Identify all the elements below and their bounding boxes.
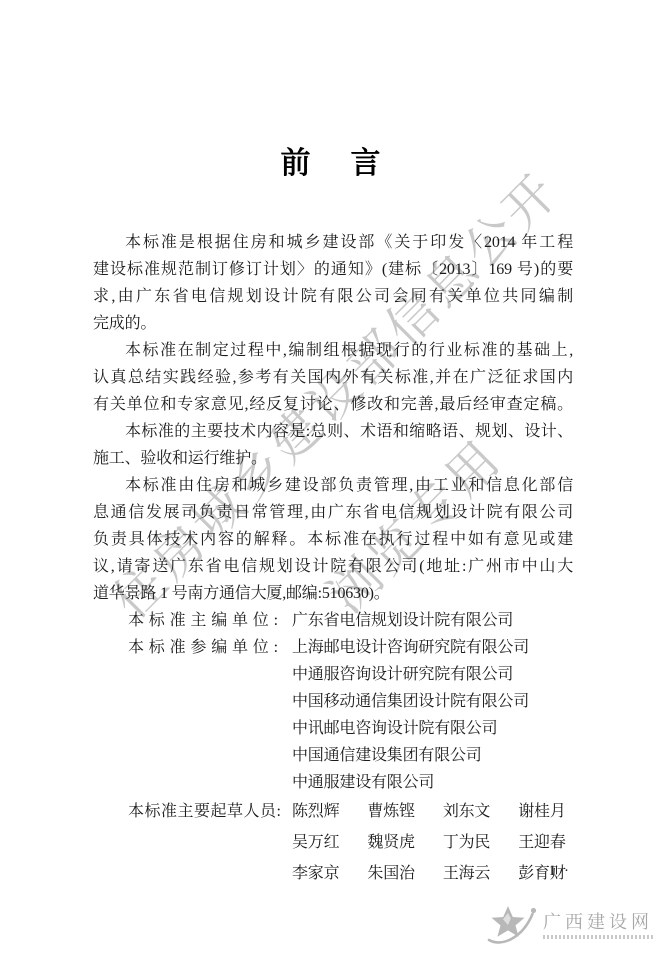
- text-line: 本标准的主要技术内容是:总则、术语和缩略语、规划、设计、: [93, 418, 573, 445]
- drafter-name: 谢桂月: [518, 796, 565, 827]
- drafter-name: 魏贤虎: [367, 827, 414, 858]
- text-line: 议,请寄送广东省电信规划设计院有限公司(地址:广州市中山大: [93, 553, 573, 580]
- text-line: 建设标准规范制订修订计划〉的通知》(建标〔2013〕169 号)的要: [93, 256, 573, 283]
- text-line: 息通信发展司负责日常管理,由广东省电信规划设计院有限公司: [93, 499, 573, 526]
- participant-unit: 中讯邮电咨询设计院有限公司: [292, 715, 497, 742]
- participant-unit: 中国移动通信集团设计院有限公司: [292, 688, 529, 715]
- participant-row: 中通服咨询设计研究院有限公司: [93, 661, 573, 688]
- drafters-row: 吴万红 魏贤虎 丁为民 王迎春: [93, 827, 573, 858]
- text-line: 认真总结实践经验,参考有关国内外有关标准,并在广泛征求国内: [93, 364, 573, 391]
- drafter-name: 吴万红: [292, 827, 339, 858]
- text-line: 本标准由住房和城乡建设部负责管理,由工业和信息化部信: [93, 472, 573, 499]
- text-line: 施工、验收和运行维护。: [93, 445, 573, 472]
- text-line: 求,由广东省电信规划设计院有限公司会同有关单位共同编制: [93, 283, 573, 310]
- drafters-label: 本标准主要起草人员:: [93, 796, 292, 827]
- paragraph-1: 本标准是根据住房和城乡建设部《关于印发〈2014 年工程 建设标准规范制订修订计…: [93, 229, 573, 337]
- preface-body: 本标准是根据住房和城乡建设部《关于印发〈2014 年工程 建设标准规范制订修订计…: [93, 229, 573, 889]
- site-logo: 广西建设网: [486, 901, 655, 949]
- title-char-1: 前: [281, 147, 311, 180]
- chief-editor-row: 本标准主编单位: 广东省电信规划设计院有限公司: [93, 607, 573, 634]
- chief-editor-label: 本标准主编单位:: [93, 607, 292, 634]
- text-line: 负责具体技术内容的解释。本标准在执行过程中如有意见或建: [93, 526, 573, 553]
- text-line: 完成的。: [93, 310, 573, 337]
- shooting-star-icon: [486, 901, 538, 949]
- text-line: 本标准在制定过程中,编制组根据现行的行业标准的基础上,: [93, 337, 573, 364]
- participant-unit: 中通服建设有限公司: [292, 769, 434, 796]
- participants-label: 本标准参编单位:: [93, 634, 292, 661]
- logo-name: 广西建设网: [543, 912, 655, 932]
- logo-tagline: [543, 935, 655, 939]
- participant-row: 中国通信建设集团有限公司: [93, 742, 573, 769]
- text-line: 有关单位和专家意见,经反复讨论、修改和完善,最后经审查定稿。: [93, 391, 573, 418]
- drafter-name: 王迎春: [518, 827, 565, 858]
- participant-unit: 上海邮电设计咨询研究院有限公司: [292, 634, 529, 661]
- page-title: 前言: [0, 147, 661, 181]
- participant-unit: 中国通信建设集团有限公司: [292, 742, 482, 769]
- title-char-2: 言: [351, 147, 381, 180]
- paragraph-2: 本标准在制定过程中,编制组根据现行的行业标准的基础上, 认真总结实践经验,参考有…: [93, 337, 573, 418]
- drafter-name: 刘东文: [443, 796, 490, 827]
- participant-row: 本标准参编单位: 上海邮电设计咨询研究院有限公司: [93, 634, 573, 661]
- drafters-row: 本标准主要起草人员: 陈烈辉 曹炼铿 刘东文 谢桂月: [93, 796, 573, 827]
- participant-row: 中讯邮电咨询设计院有限公司: [93, 715, 573, 742]
- participant-row: 中通服建设有限公司: [93, 769, 573, 796]
- chief-editor-value: 广东省电信规划设计院有限公司: [292, 607, 513, 634]
- text-line: 道华景路 1 号南方通信大厦,邮编:510630)。: [93, 580, 573, 607]
- document-page: 住房城乡建设部信息公开 浏览专用 前言 本标准是根据住房和城乡建设部《关于印发〈…: [0, 0, 661, 958]
- paragraph-4: 本标准由住房和城乡建设部负责管理,由工业和信息化部信 息通信发展司负责日常管理,…: [93, 472, 573, 607]
- drafter-name: 陈烈辉: [292, 796, 339, 827]
- drafter-name: 曹炼铿: [367, 796, 414, 827]
- participant-unit: 中通服咨询设计研究院有限公司: [292, 661, 513, 688]
- page-number: · 1 ·: [93, 863, 571, 880]
- drafter-name: 丁为民: [443, 827, 490, 858]
- text-line: 本标准是根据住房和城乡建设部《关于印发〈2014 年工程: [93, 229, 573, 256]
- participant-row: 中国移动通信集团设计院有限公司: [93, 688, 573, 715]
- paragraph-3: 本标准的主要技术内容是:总则、术语和缩略语、规划、设计、 施工、验收和运行维护。: [93, 418, 573, 472]
